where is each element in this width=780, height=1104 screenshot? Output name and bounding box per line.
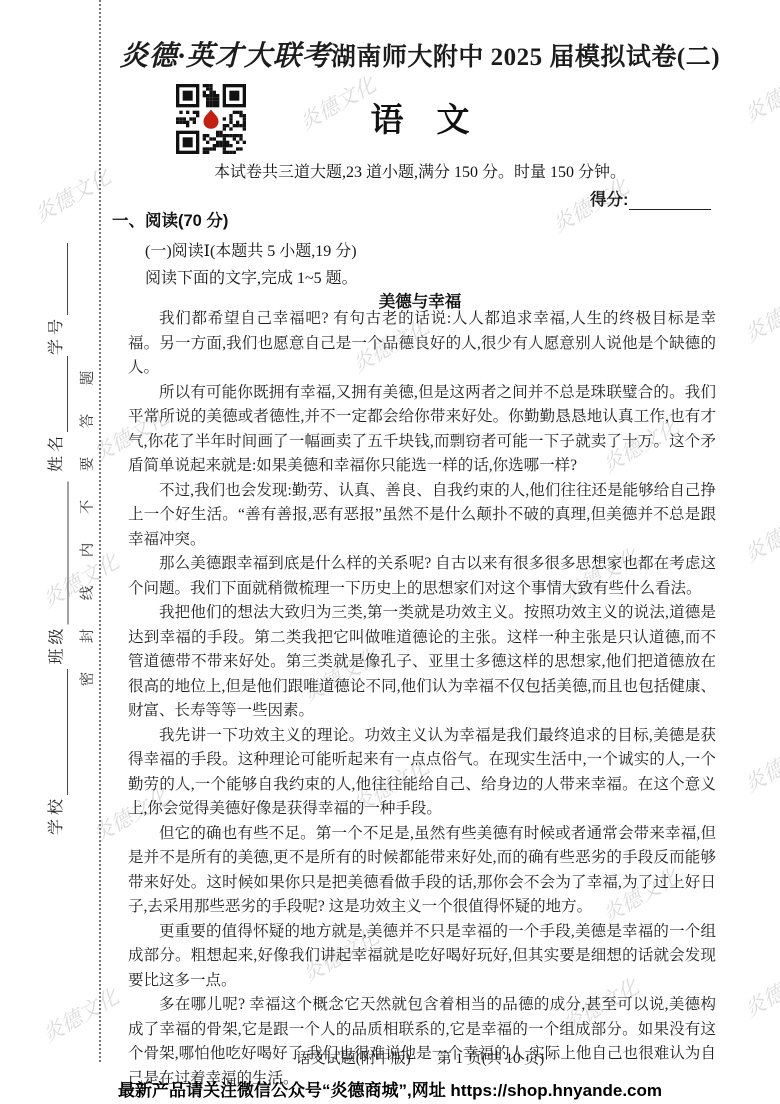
watermark: 炎德文化 (738, 281, 780, 349)
promo-banner: 最新产品请关注微信公众号“炎德商城”,网址 https://shop.hnyan… (0, 1076, 780, 1101)
exam-instructions: 本试卷共三道大题,23 道小题,满分 150 分。时量 150 分钟。 (100, 159, 740, 182)
section-heading: 一、阅读(70 分) (112, 207, 228, 231)
exam-paper-page: 炎德文化炎德文化炎德文化炎德文化炎德文化炎德文化炎德文化炎德文化炎德文化炎德文化… (0, 0, 780, 1104)
essay-paragraph: 我先讲一下功效主义的理论。功效主义认为幸福是我们最终追求的目标,美德是获得幸福的… (128, 724, 716, 822)
watermark: 炎德文化 (738, 956, 780, 1024)
essay-paragraph: 那么美德跟幸福到底是什么样的关系呢? 自古以来有很多很多思想家也都在考虑这个问题… (128, 552, 716, 601)
sidebar-field-class: 班级 (47, 478, 69, 665)
seal-char: 题 (80, 370, 96, 386)
class-label: 班级 (47, 624, 69, 664)
student-id-label: 学号 (46, 315, 68, 355)
school-label: 学校 (46, 795, 68, 835)
essay-paragraph: 我们都希望自己幸福吧? 有句古老的话说:人人都追求幸福,人生的终极目标是幸福。另… (128, 307, 716, 381)
seal-char: 线 (80, 585, 96, 601)
sidebar-field-school: 学校 (46, 665, 68, 835)
essay-paragraph: 更重要的值得怀疑的地方就是,美德并不只是幸福的一个手段,美德是幸福的一个组成部分… (128, 920, 716, 994)
score-label: 得分: (590, 191, 629, 209)
exam-title-rest: 湖南师大附中 2025 届模拟试卷(二) (331, 44, 720, 71)
name-blank (50, 356, 68, 432)
watermark: 炎德文化 (738, 731, 780, 799)
watermark: 炎德文化 (738, 501, 780, 569)
footer-doc-label: 语文试题(附中版) (296, 1051, 411, 1067)
seal-char: 要 (80, 456, 96, 472)
subject-title: 语 文 (100, 94, 740, 141)
essay-paragraph: 不过,我们也会发现:勤劳、认真、善良、自我约束的人,他们往往还是能够给自己挣上一… (128, 479, 716, 553)
page-footer: 语文试题(附中版)第 1 页(共 10 页) (100, 1047, 740, 1068)
sidebar-field-student-id: 学号 (46, 239, 68, 355)
exam-title-brand: 炎德·英才大联考 (120, 41, 331, 72)
seal-char: 封 (80, 628, 96, 644)
seal-char: 密 (80, 671, 96, 687)
essay-paragraph: 但它的确也有些不足。第一个不足是,虽然有些美德有时候或者通常会带来幸福,但是并不… (128, 822, 716, 920)
reading-lead: 阅读下面的文字,完成 1~5 题。 (145, 265, 358, 288)
footer-page-number: 第 1 页(共 10 页) (437, 1051, 545, 1067)
essay-paragraph: 所以有可能你既拥有幸福,又拥有美德,但是这两者之间并不总是珠联璧合的。我们平常所… (128, 381, 716, 479)
subsection-heading: (一)阅读Ⅰ(本题共 5 小题,19 分) (145, 238, 357, 261)
watermark: 炎德文化 (738, 61, 780, 129)
school-blank (50, 669, 68, 795)
name-label: 姓名 (46, 432, 68, 472)
essay-paragraph: 我把他们的想法大致归为三类,第一类就是功效主义。按照功效主义的说法,道德是达到幸… (128, 601, 716, 724)
seal-char: 答 (80, 413, 96, 429)
class-blank (51, 481, 69, 624)
score-field: 得分: (590, 186, 711, 210)
exam-title: 炎德·英才大联考湖南师大附中 2025 届模拟试卷(二) (100, 34, 740, 74)
sidebar-field-name: 姓名 (46, 352, 68, 472)
score-blank (629, 193, 711, 210)
student-id-blank (50, 243, 68, 315)
seal-char: 内 (80, 542, 96, 558)
watermark: 炎德文化 (36, 981, 124, 1049)
essay-body: 我们都希望自己幸福吧? 有句古老的话说:人人都追求幸福,人生的终极目标是幸福。另… (128, 307, 716, 1091)
seal-char: 不 (80, 499, 96, 515)
